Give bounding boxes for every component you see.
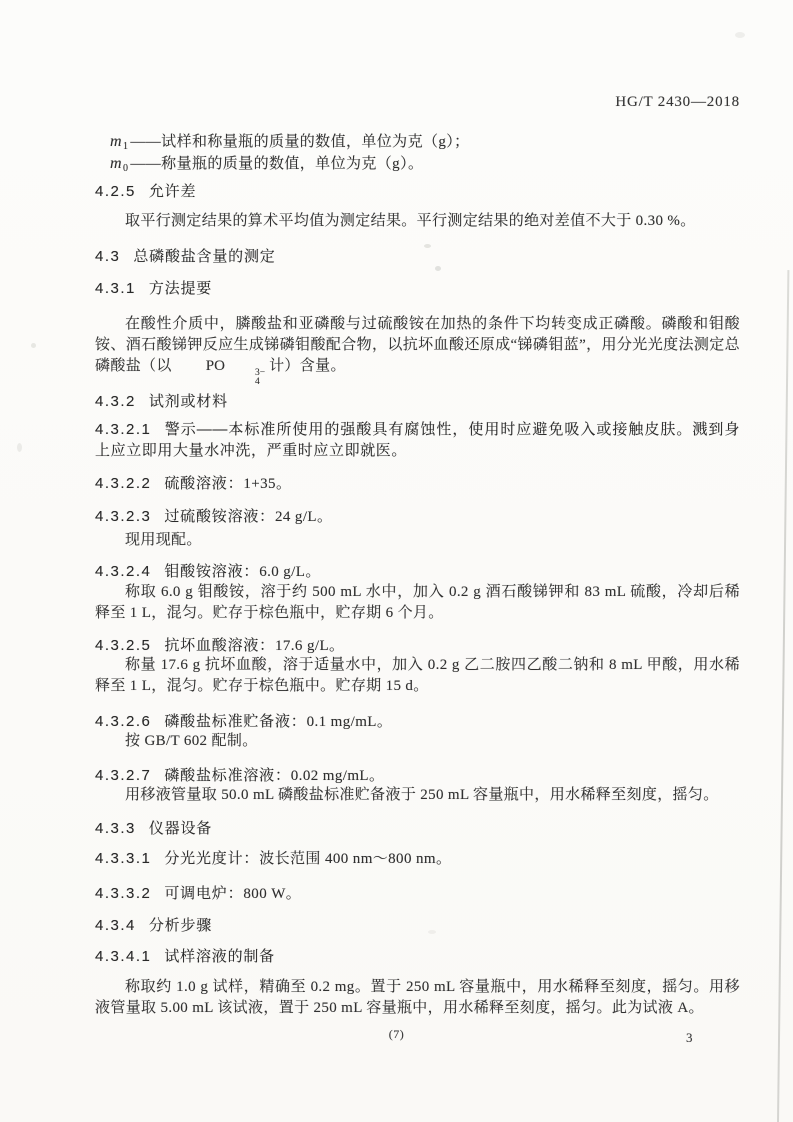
clause-title: 方法提要 [149,280,212,297]
clause-number: 4.3.2.7 [95,767,151,784]
clause-number: 4.3.2 [95,393,136,410]
heading-4-3-3: 4.3.3仪器设备 [95,817,212,838]
heading-4-3: 4.3总磷酸盐含量的测定 [95,245,276,266]
heading-4-3-2-7: 4.3.2.7磷酸盐标准溶液：0.02 mg/mL。 [95,764,384,785]
standard-number-header: HG/T 2430—2018 [0,94,740,111]
clause-number: 4.3.3.2 [95,885,151,902]
symbol-m0-subscript: 0 [123,163,128,174]
clause-number: 4.2.5 [95,183,136,200]
clause-number: 4.3.1 [95,280,136,297]
clause-number: 4.3.2.6 [95,713,151,730]
clause-title: 总磷酸盐含量的测定 [133,248,275,265]
clause-title: 仪器设备 [149,820,212,837]
footer-sheet-number: (7) [0,1027,793,1042]
heading-4-3-2-5: 4.3.2.5抗坏血酸溶液：17.6 g/L。 [95,634,344,655]
symbol-definition-m0: m0——称量瓶的质量的数值，单位为克（g）。 [110,152,423,174]
scanned-standard-page: { "colors":{"paper":"#fcfcfa","ink":"#2f… [0,0,793,1122]
heading-4-2-5: 4.2.5允许差 [95,180,196,201]
clause-number: 4.3.2.4 [95,563,151,580]
reagent-term: 硫酸溶液： [164,475,243,492]
paragraph-4-3-2-7: 用移液管量取 50.0 mL 磷酸盐标准贮备液于 250 mL 容量瓶中，用水稀… [95,785,740,806]
formula-scripts: 3−4 [225,369,265,386]
clause-number: 4.3.2.5 [95,637,151,654]
reagent-term: 抗坏血酸溶液： [164,637,275,654]
clause-title: 分析步骤 [149,917,212,934]
symbol-m1: m [110,133,122,150]
clause-title: 试剂或材料 [149,393,228,410]
scan-speck [435,266,441,271]
note-4-3-2-6: 按 GB/T 602 配制。 [95,731,740,752]
reagent-value: 1+35。 [243,476,291,492]
clause-number: 4.3.3 [95,820,136,837]
clause-number: 4.3.2.3 [95,508,151,525]
scan-speck [735,32,745,38]
heading-4-3-2-6: 4.3.2.6磷酸盐标准贮备液：0.1 mg/mL。 [95,710,392,731]
reagent-value: 17.6 g/L。 [275,638,344,654]
heading-4-3-1: 4.3.1方法提要 [95,277,212,298]
scan-speck [31,343,36,348]
reagent-value: 0.1 mg/mL。 [307,714,393,730]
formula-subscript: 4 [225,378,260,387]
scan-edge-line [777,270,789,1122]
scan-speck [428,930,436,934]
clause-number: 4.3.4.1 [95,948,151,965]
symbol-definition-m1: m1——试样和称量瓶的质量的数值，单位为克（g）； [110,130,470,152]
reagent-term: 磷酸盐标准溶液： [164,767,290,784]
paragraph-4-3-1: 在酸性介质中，膦酸盐和亚磷酸与过硫酸铵在加热的条件下均转变成正磷酸。磷酸和钼酸铵… [95,314,740,386]
heading-4-3-2-4: 4.3.2.4钼酸铵溶液：6.0 g/L。 [95,560,321,581]
heading-4-3-4: 4.3.4分析步骤 [95,914,212,935]
clause-title: 试样溶液的制备 [164,948,275,965]
formula-base: PO [206,358,225,374]
note-4-3-2-3: 现用现配。 [95,530,740,551]
instrument-term: 可调电炉： [164,885,243,902]
paragraph-4-3-4-1: 称取约 1.0 g 试样，精确至 0.2 mg。置于 250 mL 容量瓶中，用… [95,977,740,1019]
reagent-term: 过硫酸铵溶液： [164,508,275,525]
symbol-m0-description: ——称量瓶的质量的数值，单位为克（g）。 [130,156,423,172]
paragraph-4-3-2-4: 称取 6.0 g 钼酸铵，溶于约 500 mL 水中，加入 0.2 g 酒石酸锑… [95,582,740,624]
clause-number: 4.3.3.1 [95,850,151,867]
reagent-term: 钼酸铵溶液： [164,563,259,580]
phosphate-ion-formula: PO3−4 [176,356,265,386]
paragraph-4-2-5: 取平行测定结果的算术平均值为测定结果。平行测定结果的绝对差值不大于 0.30 %… [95,211,740,232]
instrument-term: 分光光度计： [164,850,259,867]
heading-4-3-2-2: 4.3.2.2硫酸溶液：1+35。 [95,472,291,493]
symbol-m0: m [110,155,122,172]
clause-number: 4.3.2.2 [95,475,151,492]
heading-4-3-3-2: 4.3.3.2可调电炉：800 W。 [95,882,301,903]
instrument-value: 800 W。 [243,886,301,902]
reagent-value: 0.02 mg/mL。 [291,768,385,784]
warning-text: 警示——本标准所使用的强酸具有腐蚀性，使用时应避免吸入或接触皮肤。溅到身上应立即… [95,421,740,459]
heading-4-3-3-1: 4.3.3.1分光光度计：波长范围 400 nm～800 nm。 [95,847,451,868]
clause-number: 4.3 [95,248,120,265]
scan-speck [424,244,431,248]
reagent-value: 24 g/L。 [275,509,332,525]
reagent-term: 磷酸盐标准贮备液： [164,713,306,730]
paragraph-text: 计）含量。 [269,358,346,374]
page-number: 3 [686,1030,693,1046]
reagent-value: 6.0 g/L。 [259,564,321,580]
heading-4-3-2-3: 4.3.2.3过硫酸铵溶液：24 g/L。 [95,505,332,526]
warning-paragraph-4-3-2-1: 4.3.2.1警示——本标准所使用的强酸具有腐蚀性，使用时应避免吸入或接触皮肤。… [95,419,740,461]
symbol-m1-subscript: 1 [123,141,128,152]
scan-speck [17,443,22,452]
heading-4-3-4-1: 4.3.4.1试样溶液的制备 [95,945,275,966]
instrument-value: 波长范围 400 nm～800 nm。 [259,851,451,867]
heading-4-3-2: 4.3.2试剂或材料 [95,390,228,411]
paragraph-4-3-2-5: 称量 17.6 g 抗坏血酸，溶于适量水中，加入 0.2 g 乙二胺四乙酸二钠和… [95,655,740,697]
clause-number: 4.3.4 [95,917,136,934]
clause-title: 允许差 [149,183,196,200]
clause-number: 4.3.2.1 [95,421,151,438]
symbol-m1-description: ——试样和称量瓶的质量的数值，单位为克（g）； [130,134,469,150]
